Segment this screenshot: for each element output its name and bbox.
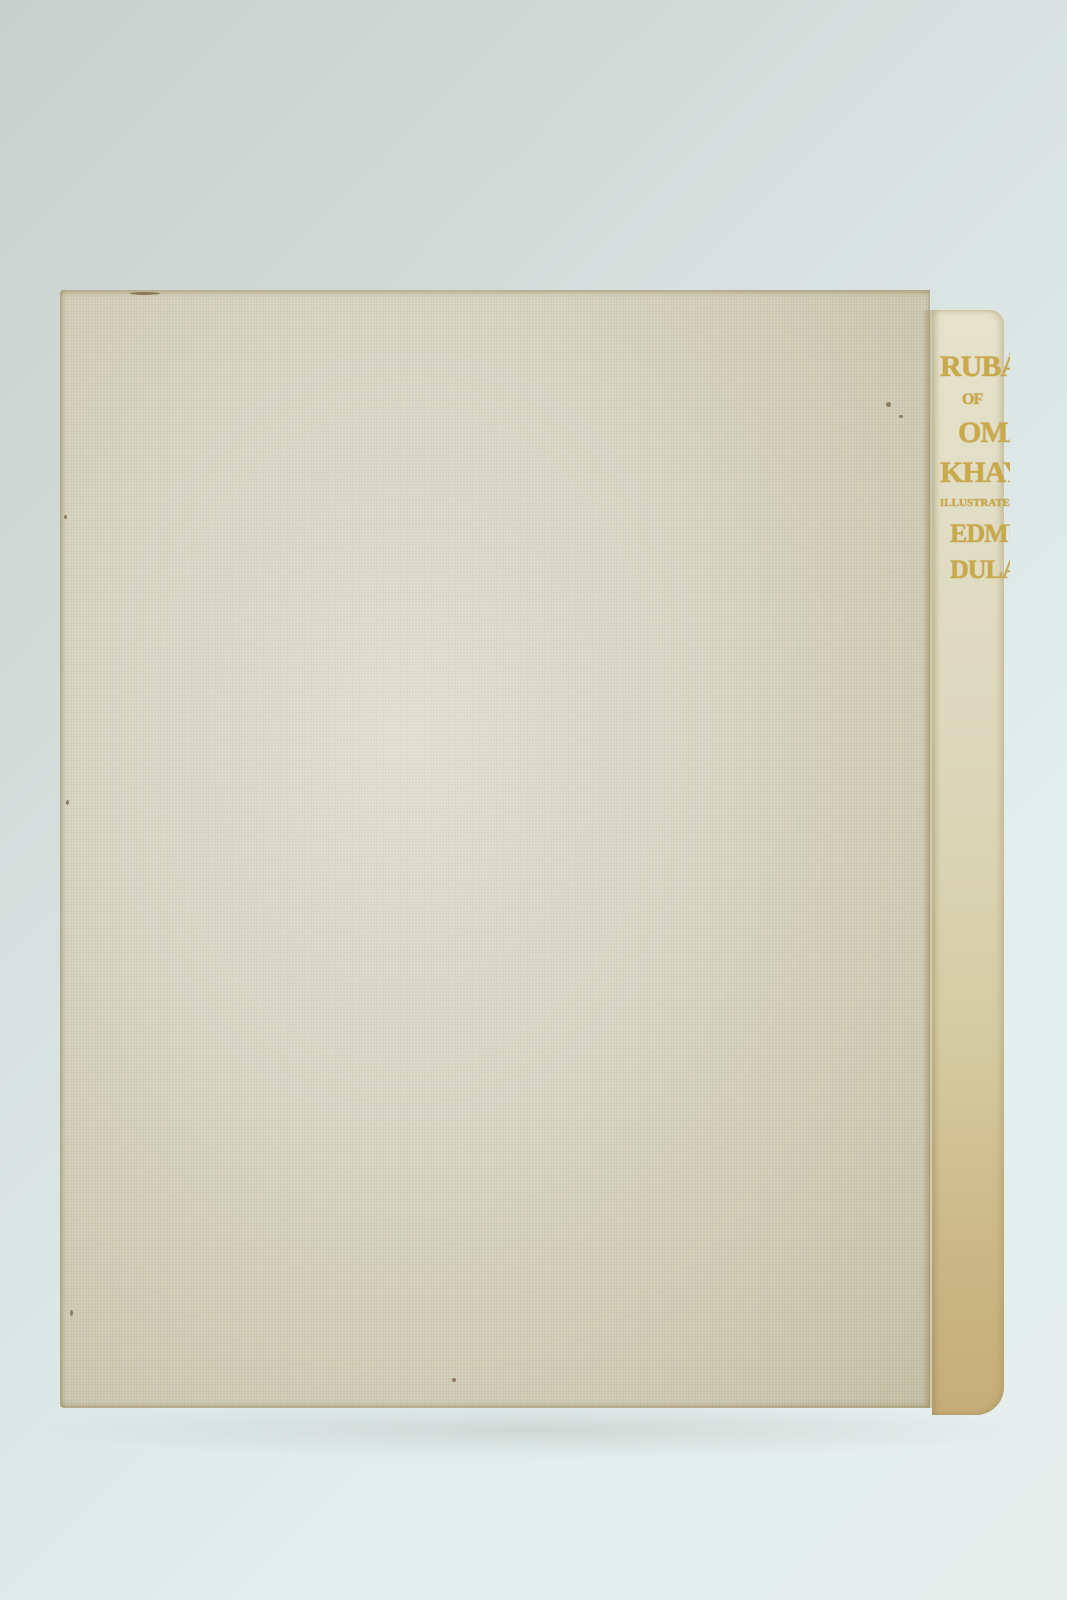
spine-title-line: KHAY (940, 458, 1010, 488)
spine-gilt-title: RUBÁ OF OMA KHAY ILLUSTRATED EDMU DULA (940, 352, 1010, 593)
wear-mark (886, 402, 891, 407)
spine-title-line: OF (962, 392, 1010, 408)
wear-mark (452, 1378, 456, 1382)
spine-author-line: EDMU (950, 521, 1010, 547)
wear-mark (899, 415, 903, 418)
spine-author-line: DULA (950, 557, 1010, 583)
wear-mark (64, 515, 67, 519)
book: RUBÁ OF OMA KHAY ILLUSTRATED EDMU DULA (60, 290, 1010, 1420)
spine-illustrated-line: ILLUSTRATED (940, 498, 1010, 509)
wear-mark (70, 1310, 73, 1316)
wear-mark (66, 800, 69, 805)
photo-scene: RUBÁ OF OMA KHAY ILLUSTRATED EDMU DULA (0, 0, 1067, 1600)
spine-title-line: OMA (958, 418, 1010, 448)
spine-title-line: RUBÁ (940, 352, 1010, 382)
wear-mark (130, 292, 160, 295)
book-back-board (60, 290, 930, 1408)
